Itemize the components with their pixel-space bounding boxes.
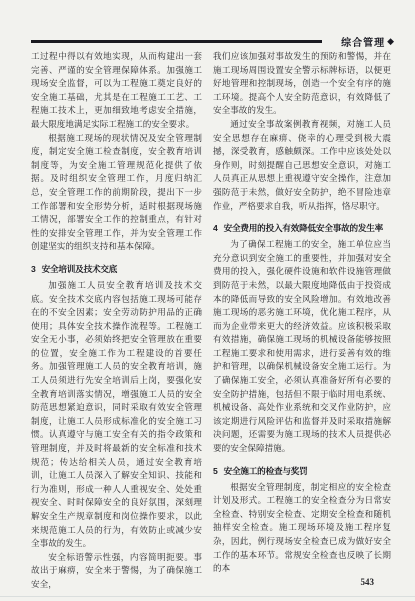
diamond-icon: ◆	[387, 36, 394, 47]
section-title: 安全费用的投入有效降低安全事故的发生率	[224, 222, 383, 234]
section-number: 4	[213, 222, 218, 234]
section-heading-4: 4 安全费用的投入有效降低安全事故的发生率	[213, 222, 391, 234]
paragraph: 工过程中得以有效地实现，从而构建出一套完善、严谨的安全管理保障体系。加强施工现场…	[31, 50, 202, 132]
section-title: 安全施工的检查与奖罚	[224, 465, 308, 477]
column-header: 综合管理 ◆	[341, 34, 394, 48]
scan-bottom-edge	[0, 596, 415, 597]
scanned-journal-page: 综合管理 ◆ 工过程中得以有效地实现，从而构建出一套完善、严谨的安全管理保障体系…	[0, 0, 415, 601]
header-rule	[31, 40, 322, 43]
section-heading-3: 3 安全培训及技术交底	[31, 263, 202, 275]
paragraph: 通过安全事故案例教育视频，对施工人员安全思想存在麻痹、侥幸的心理受到极大震撼，深…	[213, 118, 391, 213]
scan-gutter-shadow	[0, 0, 30, 601]
text-columns: 工过程中得以有效地实现，从而构建出一套完善、严谨的安全管理保障体系。加强施工现场…	[31, 50, 391, 592]
section-title: 安全培训及技术交底	[42, 263, 118, 275]
paragraph: 加强施工人员安全教育培训及技术交底。安全技术交底内容包括施工现场可能存在的不安全…	[31, 279, 202, 551]
left-column: 工过程中得以有效地实现，从而构建出一套完善、严谨的安全管理保障体系。加强施工现场…	[31, 50, 202, 592]
section-number: 5	[213, 465, 218, 477]
paragraph: 根据安全管理制度，制定相应的安全检查计划及形式。工程施工的安全检查分为日常安全检…	[213, 481, 391, 576]
column-header-label: 综合管理	[341, 34, 385, 49]
section-heading-5: 5 安全施工的检查与奖罚	[213, 465, 391, 477]
paragraph: 为了确保工程施工的安全，施工单位应当充分意识到安全施工的重要性，并加强对安全费用…	[213, 238, 391, 456]
right-column: 我们应该加强对事故发生的预防和警惕，并在施工现场周围设置安全警示标牌标语，以便更…	[213, 50, 391, 592]
paragraph: 安全标语警示性强，内容简明扼要。事故出于麻痹，安全来于警惕，为了确保施工安全，	[31, 551, 202, 592]
section-number: 3	[31, 263, 36, 275]
paragraph: 我们应该加强对事故发生的预防和警惕，并在施工现场周围设置安全警示标牌标语，以便更…	[213, 50, 391, 118]
paragraph: 根据施工现场的现状情况及安全管理制度，制定安全施工检查制度，安全教育培训制度等，…	[31, 132, 202, 254]
page-number: 543	[361, 577, 375, 587]
